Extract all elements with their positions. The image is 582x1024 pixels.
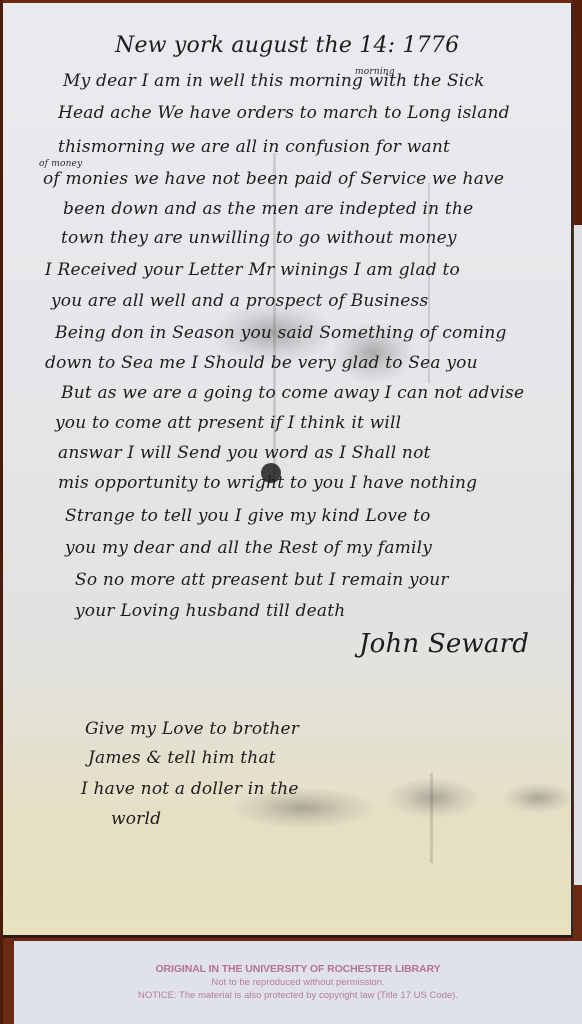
- ink-stain: [388, 778, 478, 818]
- postscript-line-3: I have not a doller in the: [81, 779, 299, 799]
- letter-line-6: town they are unwilling to go without mo…: [61, 228, 457, 248]
- letter-line-4: of monies we have not been paid of Servi…: [43, 169, 504, 189]
- signature: John Seward: [359, 629, 529, 659]
- letter-line-2: Head ache We have orders to march to Lon…: [58, 103, 510, 123]
- letter-line-15: Strange to tell you I give my kind Love …: [65, 506, 431, 526]
- letter-line-8: you are all well and a prospect of Busin…: [51, 291, 428, 311]
- letter-line-9: Being don in Season you said Something o…: [55, 323, 507, 343]
- backdrop-wood: [572, 0, 582, 225]
- postscript-line-1: Give my Love to brother: [85, 719, 299, 739]
- copyright-notice-label: ORIGINAL IN THE UNIVERSITY OF ROCHESTER …: [14, 941, 582, 1024]
- postscript-line-4: world: [111, 809, 161, 829]
- letter-line-3: thismorning we are all in confusion for …: [58, 137, 450, 157]
- letter-line-17: So no more att preasent but I remain you…: [75, 570, 449, 590]
- postscript-line-2: James & tell him that: [88, 748, 276, 768]
- backdrop-paper-strip: [574, 225, 582, 885]
- letter-line-11: But as we are a going to come away I can…: [61, 383, 524, 403]
- letter-dateline: New york august the 14: 1776: [115, 33, 459, 58]
- letter-line-13: answar I will Send you word as I Shall n…: [58, 443, 431, 463]
- letter-line-1: My dear I am in well this morning with t…: [63, 71, 485, 91]
- letter-line-12: you to come att present if I think it wi…: [55, 413, 401, 433]
- handwritten-letter: New york august the 14: 1776 morning My …: [3, 3, 573, 938]
- margin-insert: of money: [39, 159, 82, 169]
- letter-line-10: down to Sea me I Should be very glad to …: [45, 353, 478, 373]
- fold-line: [430, 773, 433, 863]
- letter-line-7: I Received your Letter Mr winings I am g…: [45, 260, 460, 280]
- letter-line-18: your Loving husband till death: [75, 601, 345, 621]
- notice-copyright: NOTICE: The material is also protected b…: [14, 990, 582, 1001]
- notice-title: ORIGINAL IN THE UNIVERSITY OF ROCHESTER …: [14, 963, 582, 975]
- letter-line-5: been down and as the men are indepted in…: [63, 199, 473, 219]
- notice-reproduction: Not to be reproduced without permission.: [14, 977, 582, 988]
- ink-stain: [503, 783, 573, 813]
- letter-line-16: you my dear and all the Rest of my famil…: [65, 538, 432, 558]
- letter-line-14: mis opportunity to wright to you I have …: [58, 473, 477, 493]
